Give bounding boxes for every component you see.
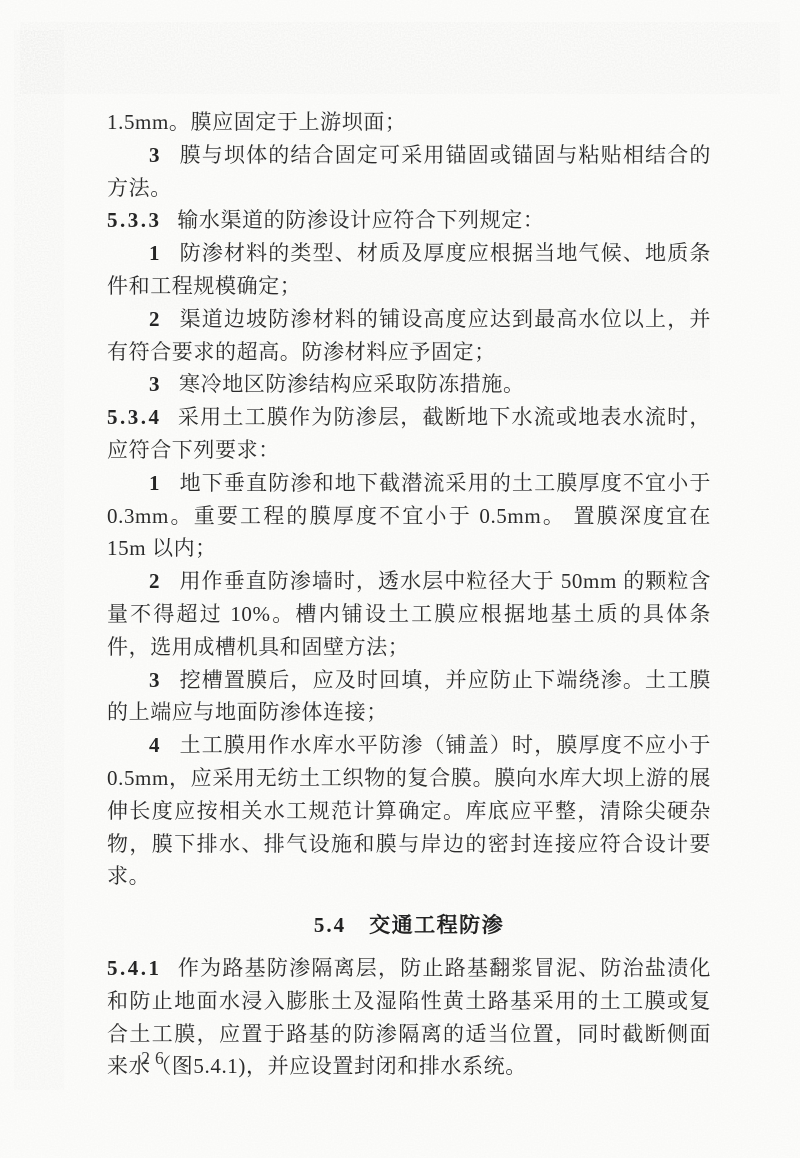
item-text: 膜与坝体的结合固定可采用锚固或锚固与粘贴相结合的方法。 — [107, 143, 711, 200]
item-text: 寒冷地区防渗结构应采取防冻措施。 — [179, 372, 525, 396]
item-text: 地下垂直防渗和地下截潜流采用的土工膜厚度不宜小于0.3mm。重要工程的膜厚度不宜… — [107, 471, 711, 561]
item-number: 3 — [149, 143, 160, 167]
numbered-item: 1地下垂直防渗和地下截潜流采用的土工膜厚度不宜小于0.3mm。重要工程的膜厚度不… — [107, 467, 711, 565]
item-number: 2 — [149, 569, 160, 593]
item-text: 土工膜用作水库水平防渗（铺盖）时，膜厚度不应小于0.5mm，应采用无纺土工织物的… — [107, 733, 711, 888]
clause-text: 作为路基防渗隔离层，防止路基翻浆冒泥、防治盐渍化和防止地面水浸入膨胀土及湿陷性黄… — [107, 956, 711, 1078]
item-number: 3 — [149, 372, 160, 396]
item-text: 挖槽置膜后，应及时回填，并应防止下端绕渗。土工膜的上端应与地面防渗体连接； — [107, 668, 711, 725]
item-number: 3 — [149, 668, 160, 692]
clause-number: 5.3.3 — [107, 208, 162, 232]
item-text: 用作垂直防渗墙时，透水层中粒径大于 50mm 的颗粒含量不得超过 10%。槽内铺… — [107, 569, 711, 659]
item-number: 1 — [149, 241, 160, 265]
numbered-item: 3挖槽置膜后，应及时回填，并应防止下端绕渗。土工膜的上端应与地面防渗体连接； — [107, 664, 711, 730]
numbered-item: 2渠道边坡防渗材料的铺设高度应达到最高水位以上，并有符合要求的超高。防渗材料应予… — [107, 303, 711, 369]
clause-text: 输水渠道的防渗设计应符合下列规定： — [177, 208, 544, 232]
numbered-item: 1防渗材料的类型、材质及厚度应根据当地气候、地质条件和工程规模确定； — [107, 237, 711, 303]
clause-paragraph: 5.4.1作为路基防渗隔离层，防止路基翻浆冒泥、防治盐渍化和防止地面水浸入膨胀土… — [107, 952, 711, 1083]
section-title: 交通工程防渗 — [369, 913, 504, 937]
clause-paragraph: 5.3.3输水渠道的防渗设计应符合下列规定： — [107, 204, 711, 237]
page-number: · 26 · — [121, 1048, 189, 1069]
item-text: 防渗材料的类型、材质及厚度应根据当地气候、地质条件和工程规模确定； — [107, 241, 711, 298]
numbered-item: 3膜与坝体的结合固定可采用锚固或锚固与粘贴相结合的方法。 — [107, 139, 711, 205]
item-number: 2 — [149, 307, 160, 331]
numbered-item: 3寒冷地区防渗结构应采取防冻措施。 — [107, 368, 711, 401]
section-number: 5.4 — [314, 913, 346, 937]
section-heading: 5.4交通工程防渗 — [107, 909, 711, 942]
item-number: 4 — [149, 733, 160, 757]
item-text: 渠道边坡防渗材料的铺设高度应达到最高水位以上，并有符合要求的超高。防渗材料应予固… — [107, 307, 711, 364]
scanned-document-page: 1.5mm。膜应固定于上游坝面； 3膜与坝体的结合固定可采用锚固或锚固与粘贴相结… — [0, 0, 800, 1158]
clause-text: 采用土工膜作为防渗层，截断地下水流或地表水流时，应符合下列要求： — [107, 405, 711, 462]
clause-paragraph: 5.3.4采用土工膜作为防渗层，截断地下水流或地表水流时，应符合下列要求： — [107, 401, 711, 467]
clause-number: 5.3.4 — [107, 405, 162, 429]
paragraph-continuation: 1.5mm。膜应固定于上游坝面； — [107, 106, 711, 139]
numbered-item: 4土工膜用作水库水平防渗（铺盖）时，膜厚度不应小于0.5mm，应采用无纺土工织物… — [107, 729, 711, 893]
text-block: 1.5mm。膜应固定于上游坝面； 3膜与坝体的结合固定可采用锚固或锚固与粘贴相结… — [107, 106, 711, 1083]
item-number: 1 — [149, 471, 160, 495]
clause-number: 5.4.1 — [107, 956, 162, 980]
numbered-item: 2用作垂直防渗墙时，透水层中粒径大于 50mm 的颗粒含量不得超过 10%。槽内… — [107, 565, 711, 663]
